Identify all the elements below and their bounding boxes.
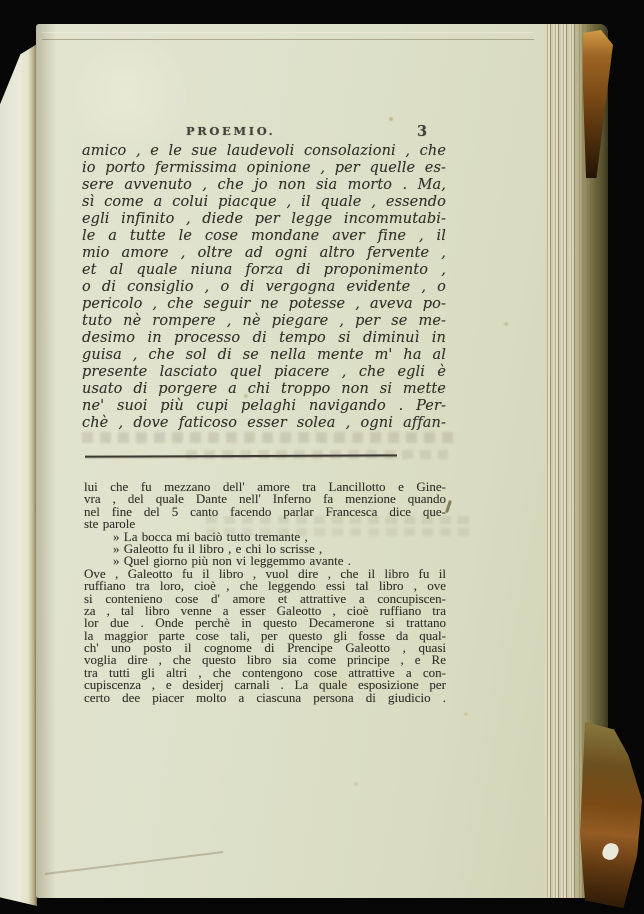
main-text-line: ne' suoi più cupi pelaghi navigando . Pe…	[82, 398, 446, 415]
book-scan-background: PROEMIO. 3 amico , e le sue laudevoli co…	[0, 0, 644, 914]
main-text-line: sì come a colui piacque , il quale , ess…	[82, 194, 446, 211]
main-text-line: egli infinito , diede per legge incommut…	[82, 211, 446, 228]
running-title: PROEMIO.	[186, 124, 275, 138]
main-text-line: pericolo , che seguir ne potesse , aveva…	[82, 296, 446, 313]
main-text-line: chè , dove faticoso esser solea , ogni a…	[82, 415, 446, 432]
main-text-line: mio amore , oltre ad ogni altro fervente…	[82, 245, 446, 262]
facing-page-edge	[0, 44, 37, 906]
main-text-line: sere avvenuto , che jo non sia morto . M…	[82, 177, 446, 194]
main-text-line: io porto fermissima opinione , per quell…	[82, 160, 446, 177]
page-number: 3	[417, 123, 427, 140]
main-text-line: usato di porgere a chi troppo non si met…	[82, 381, 446, 398]
main-text-line: amico , e le sue laudevoli consolazioni …	[82, 143, 446, 160]
main-text-line: et al quale niuna forza di proponimento …	[82, 262, 446, 279]
main-text: amico , e le sue laudevoli consolazioni …	[82, 143, 446, 432]
bleedthrough-texture	[82, 432, 454, 443]
footnote: lui che fu mezzano dell' amore tra Lanci…	[84, 481, 446, 704]
footnote-line: nel fine del 5 canto facendo parlar Fran…	[84, 506, 446, 518]
main-text-line: o di consiglio , o di vergogna evidente …	[82, 279, 446, 296]
main-text-line: presente lasciato quel piacere , che egl…	[82, 364, 446, 381]
main-text-line: desimo in processo di tempo si diminuì i…	[82, 330, 446, 347]
corner-fold-crease	[45, 851, 224, 875]
main-text-line: guisa , che sol di se nella mente m' ha …	[82, 347, 446, 364]
leather-cover-bottom-corner	[580, 722, 642, 908]
leather-cover-top-corner	[583, 30, 613, 178]
ink-mark	[445, 500, 452, 513]
main-text-line: tuto nè rompere , nè piegare , per se me…	[82, 313, 446, 330]
book-page: PROEMIO. 3 amico , e le sue laudevoli co…	[36, 24, 608, 898]
main-text-line: le a tutte le cose mondane aver fine , i…	[82, 228, 446, 245]
footnote-line: certo dee piacer molto a ciascuna person…	[84, 692, 446, 704]
